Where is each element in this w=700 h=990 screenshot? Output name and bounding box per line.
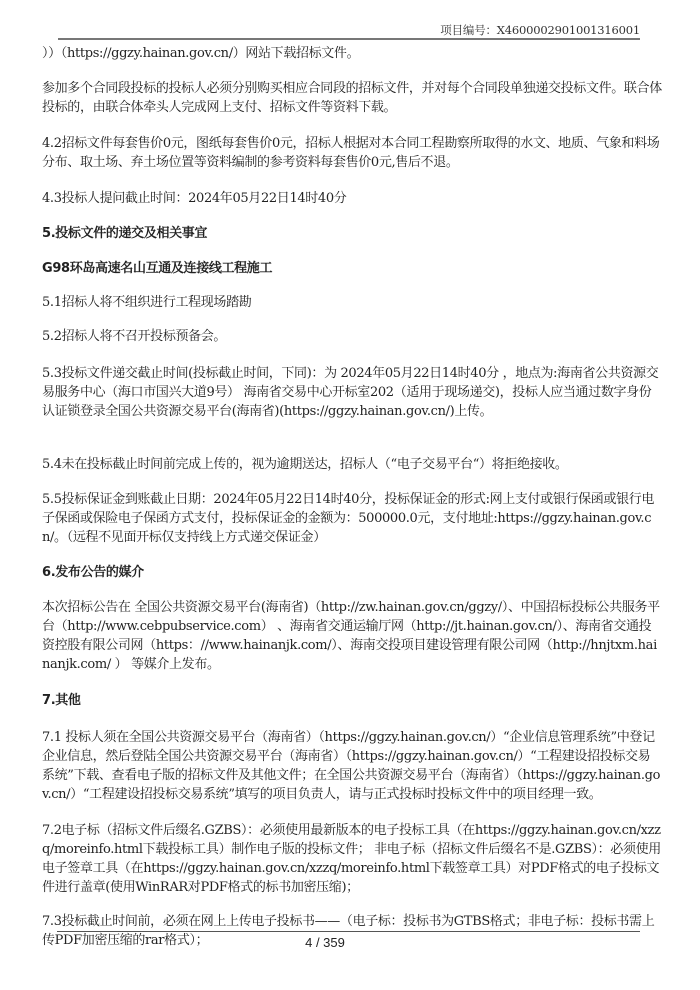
page-indicator: 4 / 359: [0, 935, 650, 950]
section-heading-5: 5.投标文件的递交及相关事宜: [42, 224, 207, 243]
section-heading-6: 6.发布公告的媒介: [42, 563, 144, 582]
paragraph-7-1: 7.1 投标人须在全国公共资源交易平台（海南省）（https://ggzy.ha…: [42, 728, 662, 804]
paragraph-6-media: 本次招标公告在 全国公共资源交易平台(海南省)（http://zw.hainan…: [42, 598, 662, 674]
paragraph-download-link: ））（https://ggzy.hainan.gov.cn/）网站下载招标文件。: [42, 44, 359, 63]
paragraph-5-1: 5.1招标人将不组织进行工程现场踏勘: [42, 293, 251, 312]
paragraph-5-4: 5.4未在投标截止时间前完成上传的，视为逾期送达，招标人（“电子交易平台“）将拒…: [42, 455, 568, 474]
paragraph-4-2-price: 4.2招标文件每套售价0元，图纸每套售价0元，招标人根据对本合同工程勘察所取得的…: [42, 134, 662, 172]
paragraph-multi-contract: 参加多个合同段投标的投标人必须分别购买相应合同段的招标文件，并对每个合同段单独递…: [42, 79, 662, 117]
project-title: G98环岛高速名山互通及连接线工程施工: [42, 259, 272, 278]
paragraph-4-3-question-deadline: 4.3投标人提问截止时间：2024年05月22日14时40分: [42, 189, 346, 208]
footer-divider: [57, 931, 640, 932]
project-number: 项目编号：X4600002901001316001: [440, 22, 640, 38]
header-divider: [58, 38, 640, 40]
section-heading-7: 7.其他: [42, 691, 81, 710]
paragraph-5-3-submission-deadline: 5.3投标文件递交截止时间(投标截止时间，下同)：为 2024年05月22日14…: [42, 364, 662, 421]
paragraph-7-2: 7.2电子标（招标文件后缀名.GZBS）：必须使用最新版本的电子投标工具（在ht…: [42, 821, 662, 897]
paragraph-5-5-bid-bond: 5.5投标保证金到账截止日期：2024年05月22日14时40分，投标保证金的形…: [42, 490, 662, 547]
paragraph-5-2: 5.2招标人将不召开投标预备会。: [42, 327, 226, 346]
